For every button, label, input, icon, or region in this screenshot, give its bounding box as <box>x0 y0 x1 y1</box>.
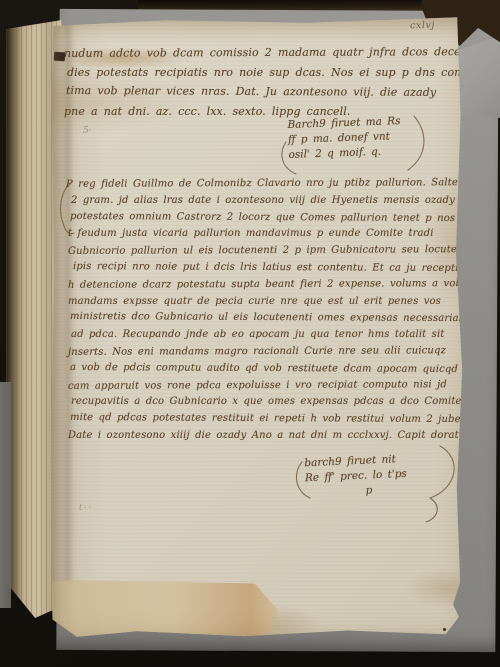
margin-mark-upper: 5· <box>83 126 92 136</box>
folio-number: cxlvj <box>410 20 435 32</box>
signature-bracket-flourish-2 <box>290 440 462 526</box>
signature-bracket-flourish <box>278 112 430 182</box>
letter-1-text: nudum adcto vob dcam comissio 2 madama q… <box>64 43 458 121</box>
manuscript-line: cam apparuit vos rone pdca expoluisse i … <box>68 377 460 396</box>
manuscript-line: ipis recipi nro noie put i dcis lris lat… <box>73 259 462 278</box>
repair-patch <box>44 580 278 638</box>
board-edge-left <box>0 382 11 608</box>
ink-speck <box>443 628 446 631</box>
photo-background: cxlvj nudum adcto vob dcam comissio 2 ma… <box>0 0 500 667</box>
manuscript-page: cxlvj nudum adcto vob dcam comissio 2 ma… <box>50 16 463 638</box>
letter-2-text: P reg fideli Guillmo de Colmonibz Clavar… <box>68 176 460 445</box>
manuscript-line: ministretis dco Gubnicario ul eis locute… <box>70 309 462 328</box>
manuscript-line: P reg fideli Guillmo de Colmonibz Clavar… <box>66 175 460 194</box>
manuscript-line: potestates omnium Castrorz 2 locorz que … <box>70 209 462 228</box>
manuscript-line: dies potestats recipiatis nro noie sup d… <box>67 63 458 83</box>
manuscript-line: 2 gram. jd alias lras date i ozontesono … <box>71 193 460 210</box>
manuscript-line: a vob de pdcis computu audito qd vob res… <box>70 360 462 379</box>
margin-mark-lower: t·· <box>79 503 93 512</box>
manuscript-line: recupavitis a dco Gubnicario x que omes … <box>71 394 460 411</box>
manuscript-line: Gubnicorio pallurion ul eis locutenenti … <box>68 242 460 261</box>
manuscript-line: tima vob plenar vices nras. Dat. Ju azon… <box>66 81 460 103</box>
manuscript-line: mite qd pdcas potestates restituit ei re… <box>70 410 462 429</box>
manuscript-line: ad pdca. Recupando jnde ab eo apocam ju … <box>71 327 460 344</box>
manuscript-line: jnserts. Nos eni mandams magro racionali… <box>68 343 460 362</box>
manuscript-line: nudum adcto vob dcam comissio 2 madama q… <box>64 42 458 63</box>
manuscript-line: h detencione dcarz potestatu supta beant… <box>68 276 460 295</box>
manuscript-line: mandams expsse quatr de pecia curie nre … <box>68 294 460 311</box>
manuscript-line: t feudum justa vicaria pallurion mandavi… <box>68 226 460 243</box>
